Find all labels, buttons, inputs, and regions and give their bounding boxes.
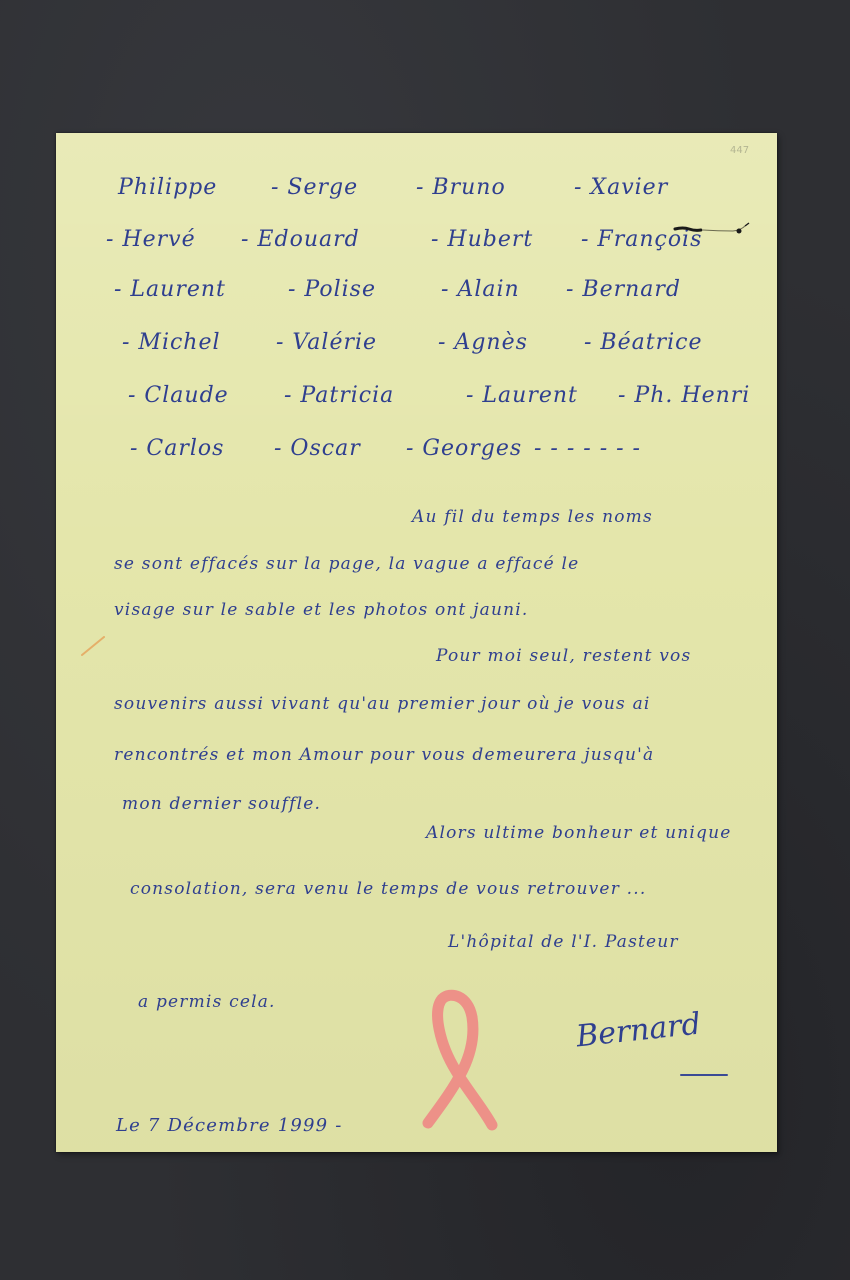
letter-line: souvenirs aussi vivant qu'au premier jou… [114, 694, 651, 714]
names-row: - Claude - Patricia - Laurent - Ph. Henr… [56, 383, 777, 423]
name: - Edouard [241, 227, 360, 252]
names-row: - Michel - Valérie - Agnès - Béatrice [56, 330, 777, 370]
name: - Xavier [574, 175, 668, 200]
name: - - - - - - - [534, 436, 641, 461]
name: - Laurent [114, 277, 226, 302]
names-row: - Laurent - Polise - Alain - Bernard [56, 277, 777, 317]
name: - Michel [122, 330, 221, 355]
ink-blot-mark [673, 222, 753, 236]
letter-line: mon dernier souffle. [122, 794, 321, 814]
name: - Valérie [276, 330, 377, 355]
orange-mark [80, 633, 108, 657]
names-row: - Carlos - Oscar - Georges - - - - - - - [56, 436, 777, 476]
archive-number: 447 [730, 145, 749, 156]
red-ribbon-icon [416, 985, 506, 1131]
letter-line: visage sur le sable et les photos ont ja… [114, 600, 529, 620]
name: - Claude [128, 383, 229, 408]
signature: Bernard [575, 1007, 703, 1055]
name: - Patricia [284, 383, 394, 408]
name: - Laurent [466, 383, 578, 408]
letter-line: rencontrés et mon Amour pour vous demeur… [114, 745, 654, 765]
name: - Carlos [130, 436, 224, 461]
name: - Bruno [416, 175, 506, 200]
letter-line: Au fil du temps les noms [412, 507, 653, 527]
name: - Alain [441, 277, 520, 302]
name: - Ph. Henri [618, 383, 750, 408]
letter-line: Alors ultime bonheur et unique [426, 823, 732, 843]
name: - Hervé [106, 227, 196, 252]
letter-line: se sont effacés sur la page, la vague a … [114, 554, 579, 574]
name: - Polise [288, 277, 376, 302]
letter-line: L'hôpital de l'I. Pasteur [448, 932, 679, 952]
name: Philippe [118, 175, 217, 200]
name: - Béatrice [584, 330, 702, 355]
names-row: - Hervé - Edouard - Hubert - François [56, 227, 777, 267]
name: - Georges [406, 436, 522, 461]
name: - Bernard [566, 277, 681, 302]
name: - Hubert [431, 227, 533, 252]
letter-paper: 447 Philippe - Serge - Bruno - Xavier - … [56, 133, 777, 1152]
name: - Agnès [438, 330, 528, 355]
letter-date: Le 7 Décembre 1999 - [116, 1115, 343, 1136]
signature-underline [680, 1074, 728, 1076]
letter-line: Pour moi seul, restent vos [436, 646, 691, 666]
letter-line: a permis cela. [138, 992, 276, 1012]
letter-line: consolation, sera venu le temps de vous … [130, 879, 646, 899]
name: - Oscar [274, 436, 361, 461]
names-row: Philippe - Serge - Bruno - Xavier [56, 175, 777, 215]
name: - Serge [271, 175, 358, 200]
